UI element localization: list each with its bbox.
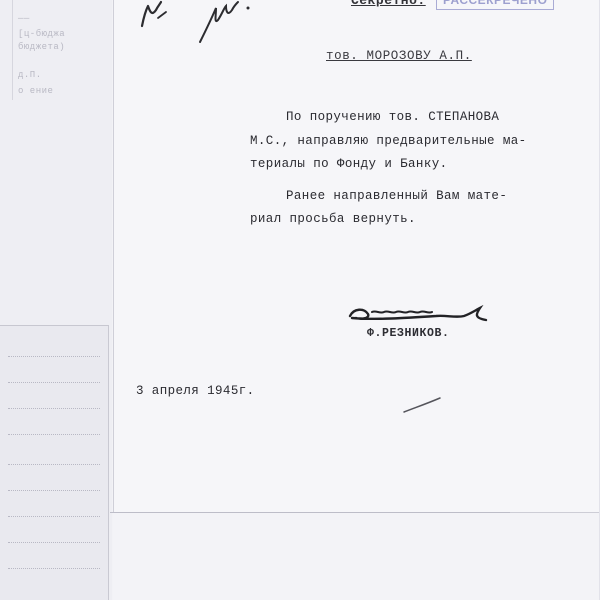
ledger-row (8, 434, 100, 436)
ledger-row (8, 542, 100, 544)
ledger-row (8, 382, 100, 384)
body-line: Ранее направленный Вам мате- (250, 185, 520, 209)
document-date: 3 апреля 1945г. (136, 384, 255, 398)
document-page (113, 0, 600, 513)
ledger-row (8, 490, 100, 492)
ledger-row (8, 568, 100, 570)
page-edge-line (110, 512, 510, 513)
ledger-row (8, 408, 100, 410)
faint-text-line: [ц-бюджа (18, 29, 65, 39)
signature-icon (346, 300, 496, 330)
body-line: М.С., направляю предварительные ма- (250, 130, 520, 154)
body-line: териалы по Фонду и Банку. (250, 153, 520, 177)
addressee: тов. МОРОЗОВУ А.П. (326, 49, 472, 63)
faint-text-line: ── (18, 14, 30, 24)
page-background (113, 513, 600, 600)
margin-line (12, 0, 13, 100)
body-line: риал просьба вернуть. (250, 208, 520, 232)
pen-mark-icon (400, 396, 450, 416)
memo-body: По поручению тов. СТЕПАНОВА М.С., направ… (250, 106, 520, 232)
ledger-row (8, 356, 100, 358)
declassified-stamp: РАССЕКРЕЧЕНО (436, 0, 554, 10)
ledger-row (8, 516, 100, 518)
faint-text-line: бюджета) (18, 42, 65, 52)
body-line: По поручению тов. СТЕПАНОВА (250, 106, 520, 130)
underlying-ledger-sheet (0, 325, 109, 600)
signatory-name: Ф.РЕЗНИКОВ. (367, 327, 450, 340)
classification-mark: Секретно. (351, 0, 426, 8)
handwritten-initials-icon (130, 0, 280, 50)
ledger-row (8, 464, 100, 466)
faint-text-line: д.П. (18, 70, 42, 80)
faint-text-line: о ение (18, 86, 53, 96)
